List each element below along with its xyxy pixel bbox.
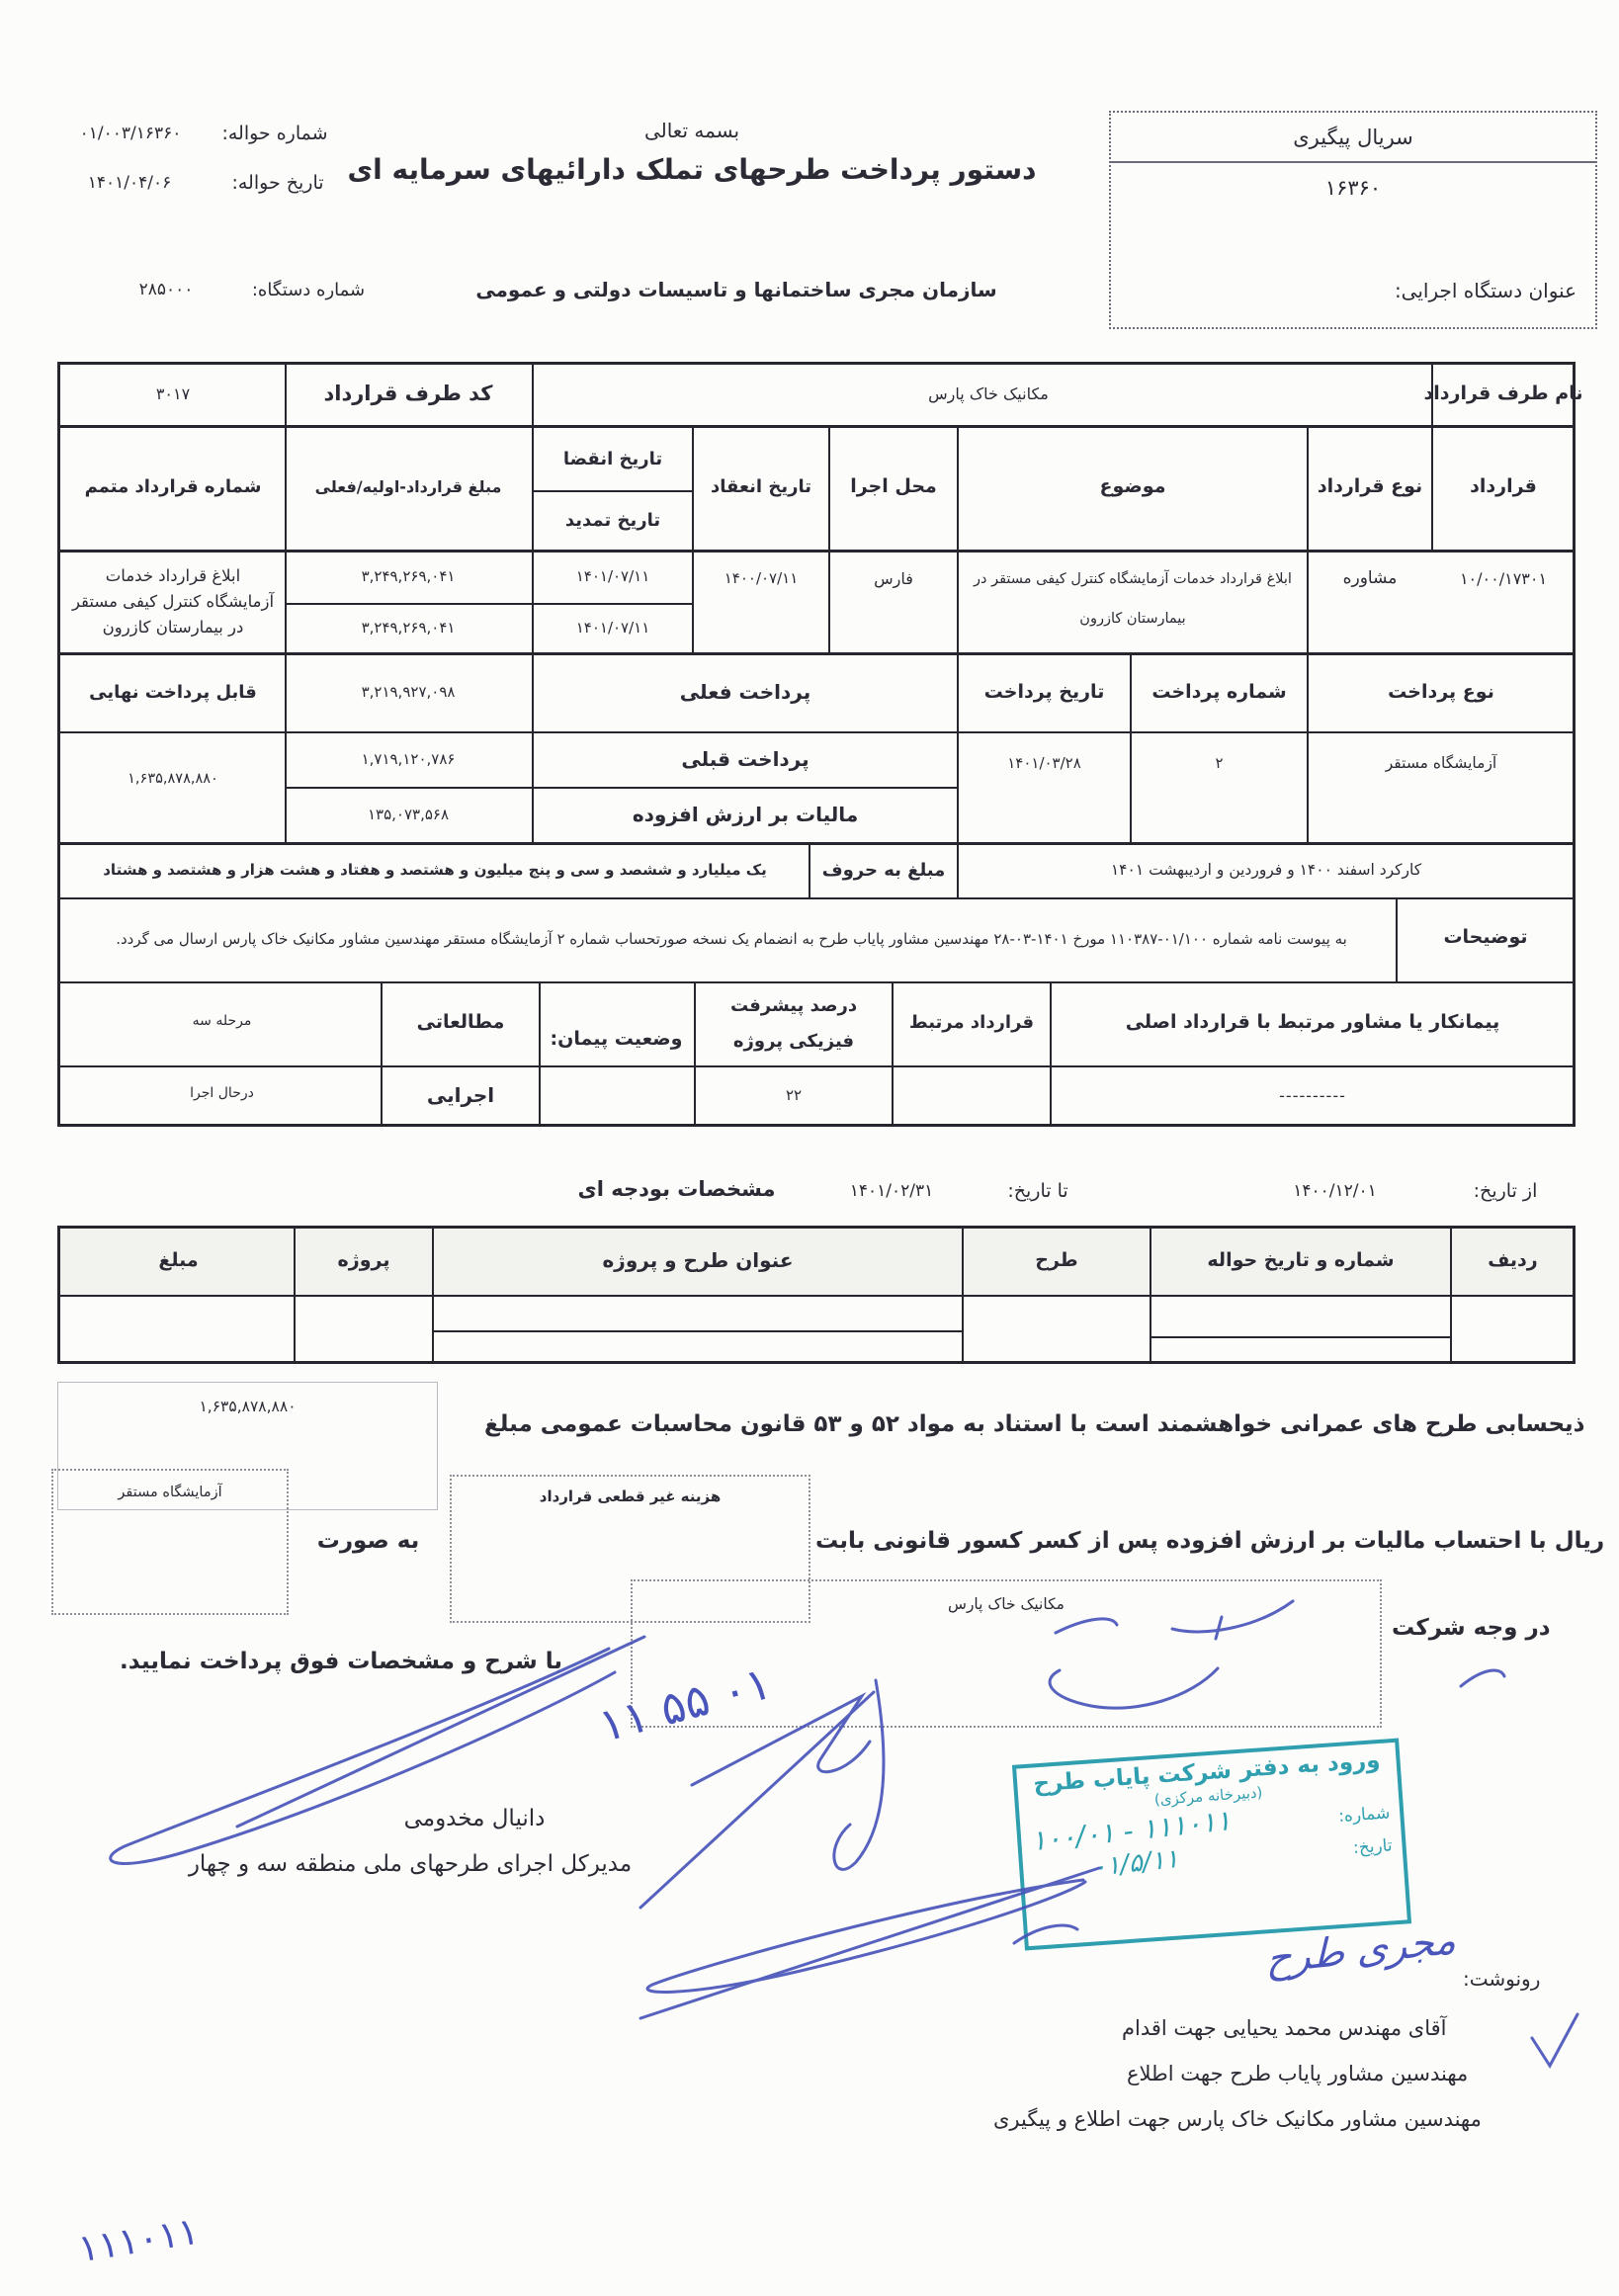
- grid-line: [285, 603, 692, 605]
- expense-type-value: هزینه غیر قطعی قرارداد: [450, 1483, 810, 1510]
- col-payment-date: تاریخ پرداخت: [959, 668, 1130, 716]
- grid-line: [532, 490, 692, 492]
- scanned-payment-order-document: بسمه تعالی دستور پرداخت طرحهای تملک دارا…: [0, 0, 1619, 2296]
- document-title: دستور پرداخت طرحهای تملک دارائیهای سرمای…: [326, 146, 1058, 192]
- stamp-date-value: ۰۱/۵/۱۱: [1091, 1844, 1180, 1883]
- device-no-value: ۲۸۵۰۰۰: [111, 275, 221, 304]
- col-related-contract: قرارداد مرتبط: [894, 1000, 1050, 1044]
- notes-label: توضیحات: [1398, 917, 1574, 957]
- col-supplement-no: شماره قرارداد متمم: [63, 463, 283, 510]
- budget-col-plan: طرح: [964, 1238, 1150, 1282]
- from-date-label: از تاریخ:: [1431, 1174, 1579, 1208]
- grid-line: [432, 1330, 962, 1332]
- payment-type-value: آزمایشگاه مستقر: [1309, 743, 1574, 783]
- vat-label: مالیات بر ارزش افزوده: [534, 795, 957, 834]
- tracking-serial-value: ۱۶۳۶۰: [1109, 168, 1597, 208]
- col-contract: قرارداد: [1433, 463, 1574, 510]
- handwritten-corner-number: ۱۱۱۰۱۱: [37, 2195, 241, 2285]
- status-of-contract-label: وضعیت پیمان:: [543, 994, 690, 1083]
- budget-col-row: ردیف: [1452, 1238, 1574, 1282]
- remit-no-label: شماره حواله:: [219, 119, 330, 148]
- col-related-contractor: پیمانکار یا مشاور مرتبط با قرارداد اصلی: [1052, 1000, 1574, 1044]
- final-payable-label: قابل پرداخت نهایی: [63, 668, 283, 716]
- copy-item-2: مهندسین مشاور پایاب طرح جهت اطلاع: [1127, 2056, 1576, 2091]
- col-extension-date: تاریخ تمدید: [534, 494, 692, 546]
- col-sign-date: تاریخ انعقاد: [694, 463, 828, 510]
- col-physical-progress: درصد پیشرفت فیزیکی پروژه: [698, 986, 890, 1062]
- notes-text: به پیوست نامه شماره ۰۱/۱۰۰-۱۱۰۳۸۷ مورخ ۱…: [79, 903, 1384, 975]
- col-contract-type: نوع قرارداد: [1309, 463, 1431, 510]
- grid-line: [828, 425, 830, 652]
- to-date-label: تا تاریخ:: [988, 1174, 1087, 1208]
- budget-col-project: پروژه: [296, 1238, 432, 1282]
- stamp-number-label: شماره:: [1338, 1803, 1391, 1827]
- work-period-note: کارکرد اسفند ۱۴۰۰ و فروردین و اردیبهشت ۱…: [959, 848, 1574, 892]
- amount-in-words-value: یک میلیارد و ششصد و سی و پنج میلیون و هش…: [65, 848, 805, 892]
- phase-value: درحال اجرا: [63, 1077, 381, 1109]
- closing-instruction: با شرح و مشخصات فوق پرداخت نمایید.: [109, 1641, 573, 1682]
- grid-line: [694, 981, 696, 1125]
- col-subject: موضوع: [959, 463, 1307, 510]
- accounting-request-line: ذیحسابی طرح های عمرانی خواهشمند است با ا…: [484, 1403, 1576, 1445]
- contract-number: ۱۰/۰۰/۱۷۳۰۱: [1433, 561, 1574, 595]
- payee-label: در وجه شرکت: [1392, 1607, 1576, 1649]
- device-no-label: شماره دستگاه:: [245, 275, 372, 304]
- physical-progress-value: ۲۲: [698, 1073, 890, 1117]
- grid-line: [539, 981, 541, 1125]
- budget-col-title: عنوان طرح و پروژه: [434, 1238, 962, 1282]
- contract-supplement-text: ابلاغ قرارداد خدمات آزمایشگاه کنترل کیفی…: [69, 552, 277, 652]
- stamp-date-label: تاریخ:: [1352, 1835, 1393, 1858]
- current-payment-amount: ۳,۲۱۹,۹۲۷,۰۹۸: [287, 668, 530, 716]
- grid-line: [57, 842, 1576, 845]
- grid-line: [285, 787, 957, 789]
- basmala: بسمه تعالی: [554, 115, 830, 146]
- agency-label: عنوان دستگاه اجرایی:: [1275, 275, 1576, 306]
- contract-extension-date: ۱۴۰۱/۰۷/۱۱: [534, 611, 692, 644]
- party-code-label: کد طرف قرارداد: [287, 370, 530, 417]
- party-name-label: نام طرف قرارداد: [1433, 370, 1574, 417]
- scribble-stroke: [1461, 1670, 1504, 1686]
- payee-box-value: مکانیک خاک پارس: [631, 1589, 1382, 1619]
- budget-section-title: مشخصات بودجه ای: [570, 1170, 783, 1208]
- contract-sign-date: ۱۴۰۰/۰۷/۱۱: [694, 561, 828, 595]
- grid-line: [57, 981, 1576, 983]
- tracking-serial-divider: [1109, 161, 1597, 163]
- contract-amount-current: ۳,۲۴۹,۲۶۹,۰۴۱: [287, 611, 530, 644]
- from-date-value: ۱۴۰۰/۱۲/۰۱: [1253, 1174, 1416, 1208]
- payment-no-value: ۲: [1132, 743, 1307, 783]
- grid-line: [57, 1065, 1576, 1067]
- copies-label: رونوشت:: [1463, 1961, 1576, 1997]
- previous-payment-amount: ۱,۷۱۹,۱۲۰,۷۸۶: [287, 739, 530, 779]
- previous-payment-label: پرداخت قبلی: [534, 739, 957, 779]
- amount-in-words-label: مبلغ به حروف: [810, 848, 957, 892]
- contract-amount-initial: ۳,۲۴۹,۲۶۹,۰۴۱: [287, 559, 530, 593]
- current-payment-label: پرداخت فعلی: [534, 668, 957, 716]
- remit-no-value: ۰۱/۰۰۳/۱۶۳۶۰: [51, 119, 210, 148]
- col-payment-no: شماره پرداخت: [1132, 668, 1307, 716]
- related-contractor-value: ----------: [1052, 1073, 1574, 1117]
- grid-line: [57, 1295, 1576, 1297]
- col-payment-type: نوع پرداخت: [1309, 668, 1574, 716]
- to-date-value: ۱۴۰۱/۰۲/۳۱: [803, 1174, 980, 1208]
- study-option-label: مطالعاتی: [383, 1000, 539, 1044]
- remit-date-label: تاریخ حواله:: [225, 168, 330, 198]
- grid-line: [692, 425, 694, 652]
- remit-date-value: ۱۴۰۱/۰۴/۰۶: [59, 168, 200, 198]
- contract-place: فارس: [830, 561, 957, 595]
- contract-subject: ابلاغ قرارداد خدمات آزمایشگاه کنترل کیفی…: [965, 553, 1301, 644]
- vat-amount: ۱۳۵,۰۷۳,۵۶۸: [287, 795, 530, 834]
- signature-stroke: [647, 1880, 1085, 1993]
- as-form-label: به صورت: [292, 1520, 445, 1562]
- signer-title: مدیرکل اجرای طرحهای ملی منطقه سه و چهار: [99, 1844, 722, 1884]
- party-code-value: ۳۰۱۷: [63, 376, 283, 411]
- tracking-serial-label: سریال پیگیری: [1109, 117, 1597, 158]
- contract-expiry-date: ۱۴۰۱/۰۷/۱۱: [534, 559, 692, 593]
- phase-label: مرحله سه: [63, 1006, 381, 1036]
- agency-name: سازمان مجری ساختمانها و تاسیسات دولتی و …: [474, 273, 998, 306]
- final-payable-amount: ۱,۶۳۵,۸۷۸,۸۸۰: [63, 759, 283, 799]
- budget-col-remit: شماره و تاریخ حواله: [1151, 1238, 1450, 1282]
- rial-vat-line: ریال با احتساب مالیات بر ارزش افزوده پس …: [815, 1520, 1576, 1562]
- lab-box-value: آزمایشگاه مستقر: [51, 1479, 289, 1506]
- copy-item-1: آقای مهندس محمد یحیایی جهت اقدام: [1122, 2010, 1576, 2046]
- contract-type: مشاوره: [1309, 561, 1431, 595]
- col-contract-amount: مبلغ قرارداد-اولیه/فعلی: [287, 463, 530, 510]
- party-name-value: مکانیک خاک پارس: [692, 376, 1285, 411]
- amount-box-value: ۱,۶۳۵,۸۷۸,۸۸۰: [57, 1392, 438, 1421]
- grid-line: [1150, 1336, 1450, 1338]
- col-expiry-date: تاریخ انقضا: [534, 433, 692, 484]
- budget-col-amount: مبلغ: [63, 1238, 294, 1282]
- status-of-contract-value: اجرایی: [383, 1073, 539, 1117]
- signer-name: دانیال مخدومی: [346, 1799, 603, 1838]
- copy-item-3: مهندسین مشاور مکانیک خاک پارس جهت اطلاع …: [993, 2101, 1576, 2137]
- grid-line: [57, 897, 1576, 899]
- payment-date-value: ۱۴۰۱/۰۳/۲۸: [959, 743, 1130, 783]
- col-place: محل اجرا: [830, 463, 957, 510]
